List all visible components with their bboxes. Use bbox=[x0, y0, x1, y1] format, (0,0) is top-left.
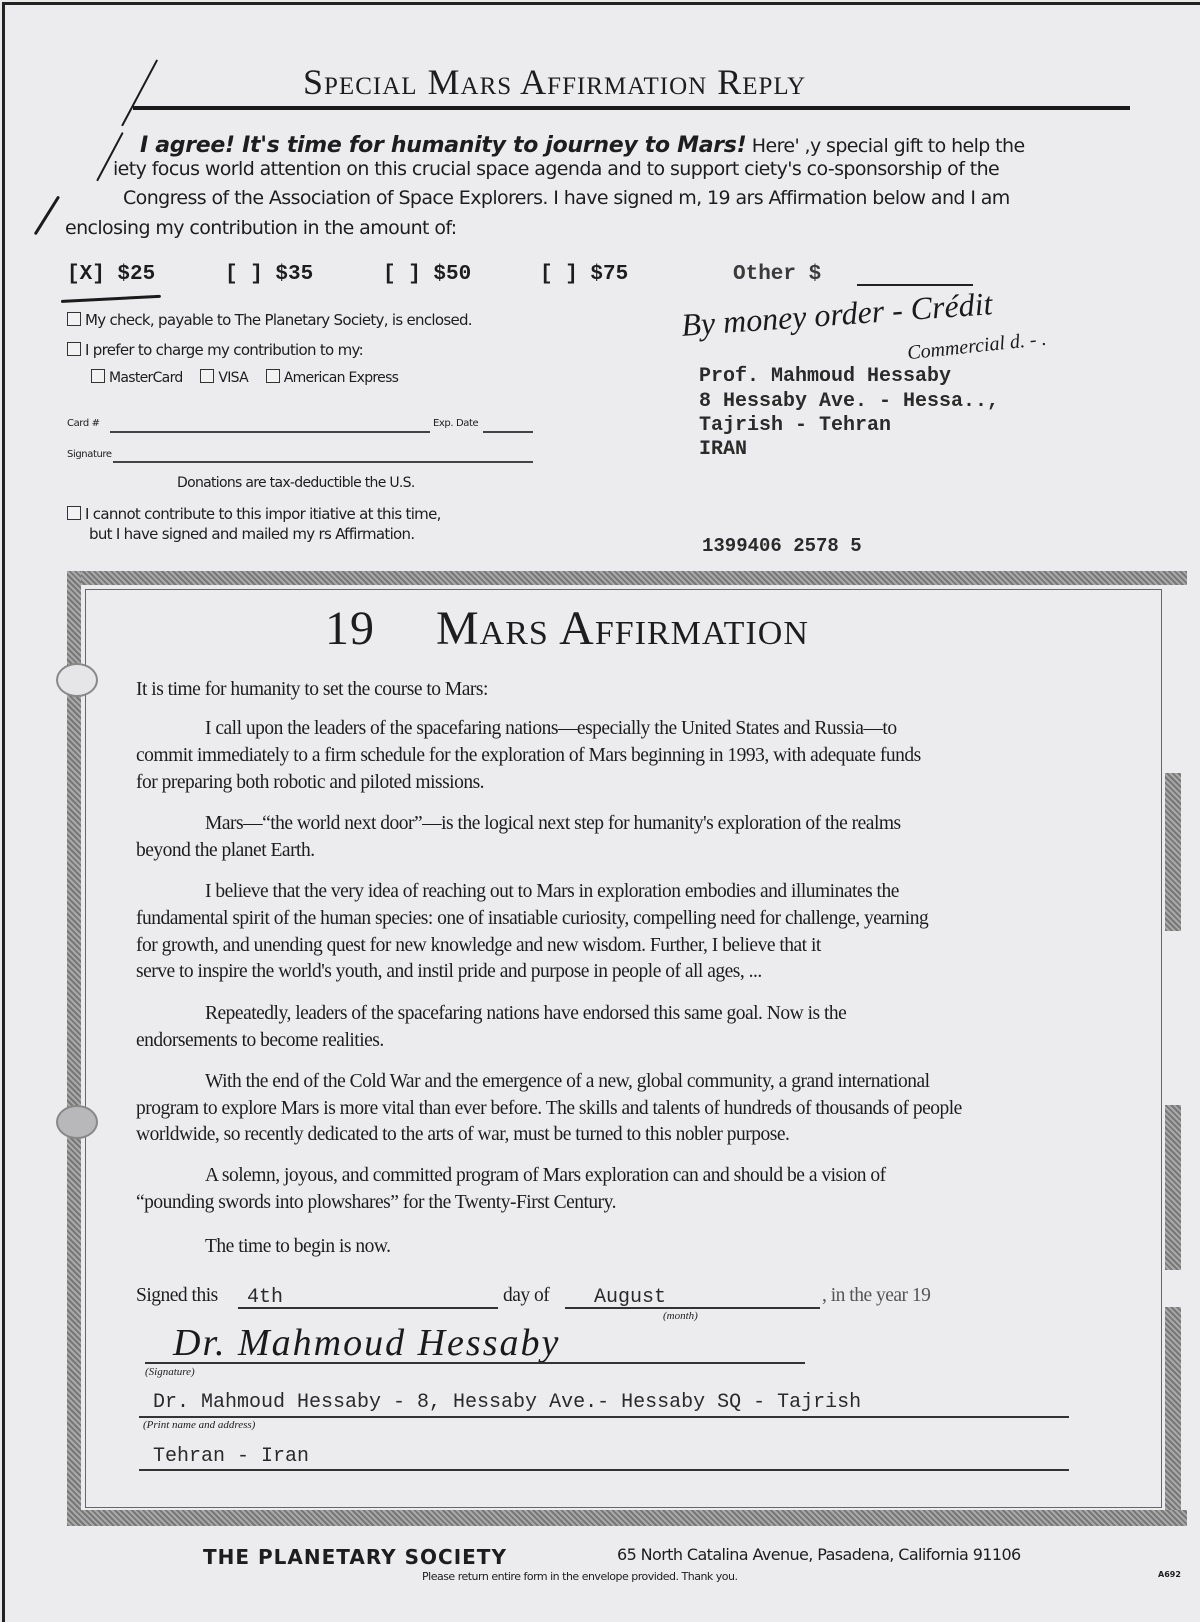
pen-stroke bbox=[121, 59, 158, 126]
card-number-field[interactable] bbox=[110, 431, 430, 433]
print-name-line bbox=[139, 1416, 1069, 1418]
intro-line-4: enclosing my contribution in the amount … bbox=[65, 217, 457, 239]
affirmation-paragraph: Repeatedly, leaders of the spacefaring n… bbox=[205, 1003, 846, 1025]
visa-option[interactable]: VISA bbox=[200, 370, 248, 386]
typed-address-line: IRAN bbox=[699, 438, 747, 461]
certificate-border-right bbox=[1165, 1307, 1181, 1517]
mastercard-label: MasterCard bbox=[109, 370, 183, 386]
affirmation-paragraph-line: worldwide, so recently dedicated to the … bbox=[136, 1124, 789, 1146]
signature-label: Signature bbox=[67, 449, 112, 460]
cannot-contribute-option[interactable]: I cannot contribute to this impor itiati… bbox=[67, 505, 441, 523]
certificate-border-right bbox=[1165, 1105, 1181, 1270]
affirmation-title: 19 Mars Affirmation bbox=[325, 601, 809, 656]
affirmation-paragraph: I call upon the leaders of the spacefari… bbox=[205, 718, 897, 740]
other-amount-label: Other $ bbox=[733, 263, 821, 286]
cannot-contribute-line-2: but I have signed and mailed my rs Affir… bbox=[89, 525, 414, 543]
typed-address-line: 8 Hessaby Ave. - Hessa.., bbox=[699, 390, 999, 413]
intro-line-2: iety focus world attention on this cruci… bbox=[113, 158, 999, 180]
handwritten-payment-note: By money order - Crédit bbox=[680, 285, 993, 344]
affirmation-paragraph: I believe that the very idea of reaching… bbox=[205, 881, 899, 903]
mastercard-option[interactable]: MasterCard bbox=[91, 370, 183, 386]
planetary-society-logo: THE PLANETARY SOCIETY bbox=[203, 1545, 507, 1569]
pen-stroke bbox=[34, 196, 60, 236]
handwritten-signature[interactable]: Dr. Mahmoud Hessaby bbox=[173, 1321, 560, 1365]
reference-number: 1399406 2578 5 bbox=[702, 535, 862, 557]
affirmation-opening: It is time for humanity to set the cours… bbox=[136, 679, 488, 701]
pen-underline bbox=[61, 295, 161, 303]
check-enclosed-option[interactable]: My check, payable to The Planetary Socie… bbox=[67, 311, 472, 329]
affirmation-paragraph-line: program to explore Mars is more vital th… bbox=[136, 1098, 962, 1120]
title-rule bbox=[133, 106, 1130, 110]
affirmation-paragraph-line: commit immediately to a firm schedule fo… bbox=[136, 745, 921, 767]
affirmation-title-text: Mars Affirmation bbox=[436, 602, 809, 655]
month-field-line bbox=[565, 1307, 820, 1309]
document-page: Special Mars Affirmation Reply I agree! … bbox=[2, 2, 1200, 1622]
amex-label: American Express bbox=[284, 370, 399, 386]
card-signature-field[interactable] bbox=[113, 461, 533, 463]
signature-line bbox=[145, 1362, 805, 1364]
form-code: A692 bbox=[1158, 1570, 1181, 1579]
visa-label: VISA bbox=[218, 370, 248, 386]
return-instruction: Please return entire form in the envelop… bbox=[422, 1570, 738, 1583]
amex-option[interactable]: American Express bbox=[266, 370, 399, 386]
affirmation-year: 19 bbox=[325, 602, 375, 655]
affirmation-paragraph-line: beyond the planet Earth. bbox=[136, 840, 315, 862]
affirmation-paragraph-line: for growth, and unending quest for new k… bbox=[136, 935, 821, 957]
reply-title: Special Mars Affirmation Reply bbox=[303, 61, 806, 103]
affirmation-paragraph-line: “pounding swords into plowshares” for th… bbox=[136, 1192, 616, 1214]
print-address-line bbox=[139, 1469, 1069, 1471]
print-caption: (Print name and address) bbox=[143, 1419, 255, 1431]
intro-line-1: I agree! It's time for humanity to journ… bbox=[140, 133, 1025, 158]
amount-75-checkbox[interactable]: [ ] $75 bbox=[540, 263, 628, 286]
print-name-address[interactable]: Dr. Mahmoud Hessaby - 8, Hessaby Ave.- H… bbox=[153, 1391, 861, 1414]
tax-note: Donations are tax-deductible the U.S. bbox=[177, 475, 415, 491]
day-field-line bbox=[238, 1307, 498, 1309]
checkbox[interactable] bbox=[67, 312, 81, 326]
amount-35-checkbox[interactable]: [ ] $35 bbox=[225, 263, 313, 286]
charge-option[interactable]: I prefer to charge my contribution to my… bbox=[67, 341, 363, 359]
affirmation-paragraph-line: fundamental spirit of the human species:… bbox=[136, 908, 928, 930]
signed-this-label: Signed this bbox=[136, 1285, 218, 1307]
typed-address-line: Prof. Mahmoud Hessaby bbox=[699, 365, 951, 388]
punch-hole bbox=[56, 663, 98, 697]
exp-date-field[interactable] bbox=[483, 431, 533, 433]
punch-hole bbox=[56, 1105, 98, 1139]
amount-25-checkbox[interactable]: [X] $25 bbox=[67, 263, 155, 286]
checkbox[interactable] bbox=[67, 506, 81, 520]
day-value[interactable]: 4th bbox=[247, 1286, 283, 1309]
charge-option-label: I prefer to charge my contribution to my… bbox=[85, 341, 363, 359]
certificate-border-bottom bbox=[67, 1510, 1187, 1526]
intro-headline: I agree! It's time for humanity to journ… bbox=[140, 133, 746, 158]
intro-line-3: Congress of the Association of Space Exp… bbox=[123, 187, 1010, 209]
card-type-options: MasterCard VISA American Express bbox=[91, 369, 398, 386]
checkbox[interactable] bbox=[91, 369, 105, 383]
other-amount-field[interactable] bbox=[857, 284, 973, 286]
check-enclosed-label: My check, payable to The Planetary Socie… bbox=[85, 311, 472, 329]
checkbox[interactable] bbox=[266, 369, 280, 383]
affirmation-paragraph: A solemn, joyous, and committed program … bbox=[205, 1165, 886, 1187]
card-number-label: Card # bbox=[67, 418, 100, 429]
month-caption: (month) bbox=[663, 1310, 698, 1322]
cannot-contribute-label: I cannot contribute to this impor itiati… bbox=[85, 505, 441, 523]
certificate-border-right bbox=[1165, 773, 1181, 931]
affirmation-paragraph-line: for preparing both robotic and piloted m… bbox=[136, 772, 484, 794]
certificate-border-left bbox=[67, 571, 81, 1526]
day-of-label: day of bbox=[503, 1285, 549, 1307]
affirmation-paragraph-line: endorsements to become realities. bbox=[136, 1030, 384, 1052]
print-address-line-2[interactable]: Tehran - Iran bbox=[153, 1445, 309, 1468]
affirmation-paragraph: With the end of the Cold War and the eme… bbox=[205, 1071, 930, 1093]
society-address: 65 North Catalina Avenue, Pasadena, Cali… bbox=[617, 1545, 1021, 1564]
exp-date-label: Exp. Date bbox=[433, 418, 478, 429]
typed-address-line: Tajrish - Tehran bbox=[699, 414, 891, 437]
year-label: , in the year 19 bbox=[822, 1285, 930, 1307]
certificate-border-top bbox=[67, 571, 1187, 585]
affirmation-paragraph: Mars—“the world next door”—is the logica… bbox=[205, 813, 901, 835]
checkbox[interactable] bbox=[200, 369, 214, 383]
intro-line-1-rest: Here' ,y special gift to help the bbox=[752, 135, 1025, 157]
checkbox[interactable] bbox=[67, 342, 81, 356]
affirmation-paragraph-line: serve to inspire the world's youth, and … bbox=[136, 961, 762, 983]
amount-50-checkbox[interactable]: [ ] $50 bbox=[383, 263, 471, 286]
handwritten-bank-note: Commercial d. - . bbox=[906, 328, 1047, 365]
signature-caption: (Signature) bbox=[145, 1366, 195, 1378]
month-value[interactable]: August bbox=[594, 1286, 666, 1309]
affirmation-closing: The time to begin is now. bbox=[205, 1236, 391, 1258]
